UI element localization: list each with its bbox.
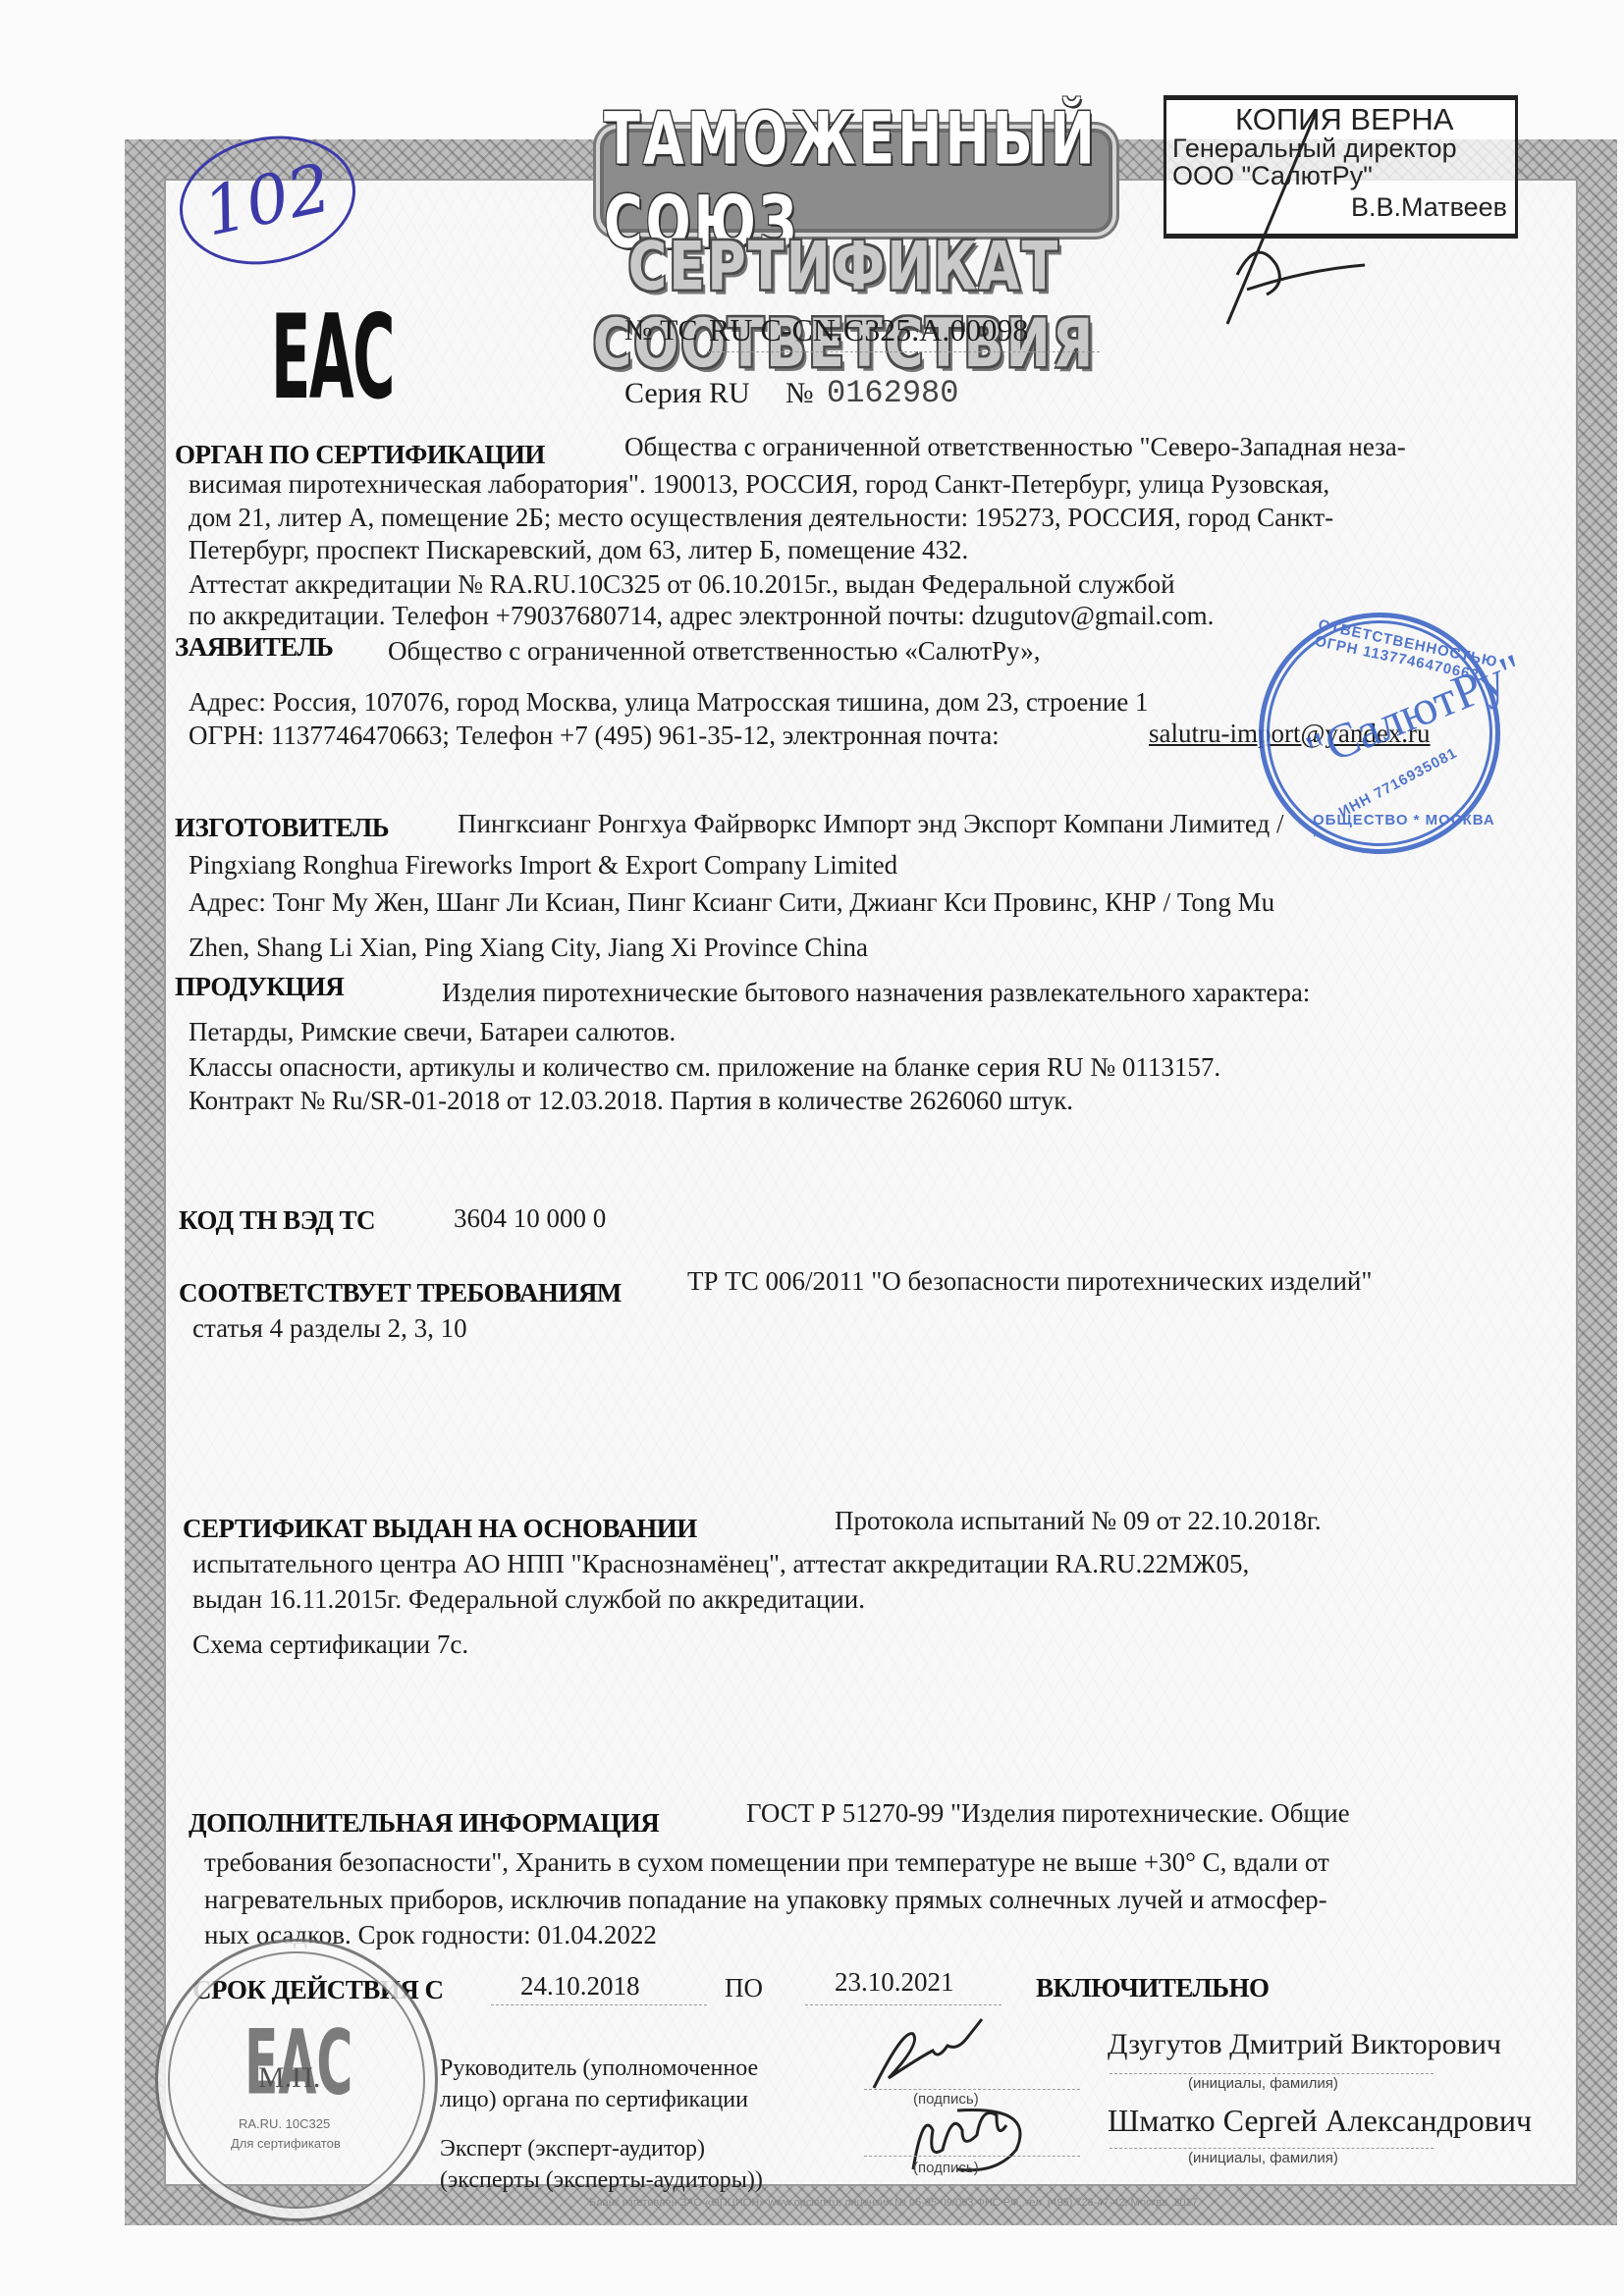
tc-label: № ТС	[624, 314, 697, 347]
organ-line: Петербург, проспект Пискаревский, дом 63…	[189, 535, 968, 565]
organ-line: дом 21, литер А, помещение 2Б; место осу…	[189, 503, 1333, 533]
tnved-value: 3604 10 000 0	[454, 1203, 606, 1234]
blank-no-label: №	[785, 377, 814, 410]
organ-line: Аттестат аккредитации № RA.RU.10С325 от …	[189, 569, 1175, 600]
head-signature-icon	[864, 2014, 1060, 2093]
conforms-label: СООТВЕТСТВУЕТ ТРЕБОВАНИЯМ	[179, 1278, 622, 1308]
organ-line: висимая пиротехническая лаборатория". 19…	[189, 469, 1329, 500]
copy-stamp-signature-icon	[1208, 108, 1365, 334]
series-label: Серия	[624, 377, 702, 410]
series-value: RU	[709, 377, 750, 410]
applicant-line: Адрес: Россия, 107076, город Москва, ули…	[189, 687, 1148, 718]
organ-line: по аккредитации. Телефон +79037680714, а…	[189, 601, 1214, 631]
blank-printer-microtext: Бланк изготовлен ЗАО «ОПЦИОН» www.opcion…	[589, 2197, 1198, 2209]
expert-signature-caption: (подпись)	[913, 2160, 979, 2176]
head-role-label: Руководитель (уполномоченное	[440, 2056, 758, 2082]
stamp-mp: М.П.	[258, 2061, 320, 2095]
expert-name: Шматко Сергей Александрович	[1108, 2103, 1532, 2139]
expert-role-label: (эксперты (эксперты-аудиторы))	[440, 2167, 763, 2194]
applicant-line: Общество с ограниченной ответственностью…	[388, 636, 1040, 667]
validity-to-date: 23.10.2021	[835, 1967, 954, 1998]
product-line: Контракт № Ru/SR-01-2018 от 12.03.2018. …	[189, 1086, 1073, 1116]
applicant-line: ОГРН: 1137746470663; Телефон +7 (495) 96…	[189, 721, 1000, 751]
expert-role-label: Эксперт (эксперт-аудитор)	[440, 2136, 705, 2163]
validity-inclusive-label: ВКЛЮЧИТЕЛЬНО	[1036, 1973, 1270, 2003]
product-line: Классы опасности, артикулы и количество …	[189, 1052, 1220, 1083]
organ-label: ОРГАН ПО СЕРТИФИКАЦИИ	[175, 440, 545, 470]
product-label: ПРОДУКЦИЯ	[175, 972, 344, 1002]
expert-name-caption: (инициалы, фамилия)	[1188, 2150, 1338, 2166]
product-line: Изделия пиротехнические бытового назначе…	[442, 978, 1310, 1008]
conforms-line: статья 4 разделы 2, 3, 10	[192, 1313, 467, 1344]
additional-line: требования безопасности", Хранить в сухо…	[204, 1847, 1329, 1878]
manufacturer-label: ИЗГОТОВИТЕЛЬ	[175, 813, 389, 843]
basis-label: СЕРТИФИКАТ ВЫДАН НА ОСНОВАНИИ	[183, 1514, 697, 1544]
tc-underline	[707, 351, 1100, 352]
stamp-sub: Для сертификатов	[231, 2136, 341, 2151]
validity-to-underline	[805, 2004, 1001, 2005]
page-number-text: 102	[197, 149, 338, 251]
basis-line: выдан 16.11.2015г. Федеральной службой п…	[192, 1584, 865, 1615]
additional-line: ГОСТ Р 51270-99 "Изделия пиротехнические…	[746, 1798, 1350, 1829]
additional-line: нагревательных приборов, исключив попада…	[204, 1885, 1327, 1915]
organ-round-stamp: ЕАС М.П. RA.RU. 10С325 Для сертификатов	[155, 1939, 438, 2221]
basis-line: Схема сертификации 7с.	[192, 1629, 468, 1660]
expert-name-line	[1110, 2148, 1434, 2149]
manufacturer-line: Адрес: Тонг Му Жен, Шанг Ли Ксиан, Пинг …	[189, 887, 1274, 918]
stamp-ring-bottom: ОБЩЕСТВО * МОСКВА *	[1313, 812, 1495, 845]
expert-signature-line	[864, 2156, 1080, 2157]
blank-no-value: 0162980	[827, 375, 958, 411]
applicant-round-stamp: ОТВЕТСТВЕННОСТЬЮ ОГРН 1137746470663 "Сал…	[1259, 613, 1500, 854]
basis-line: Протокола испытаний № 09 от 22.10.2018г.	[835, 1506, 1322, 1536]
manufacturer-line: Пингксианг Ронгхуа Файрворкс Импорт энд …	[458, 809, 1284, 839]
product-line: Петарды, Римские свечи, Батареи салютов.	[189, 1017, 676, 1047]
manufacturer-line: Pingxiang Ronghua Fireworks Import & Exp…	[189, 850, 897, 881]
head-role-label: лицо) органа по сертификации	[440, 2087, 748, 2113]
head-name: Дзугутов Дмитрий Викторович	[1108, 2028, 1501, 2061]
additional-label: ДОПОЛНИТЕЛЬНАЯ ИНФОРМАЦИЯ	[189, 1808, 659, 1839]
validity-to-label: ПО	[725, 1973, 763, 2003]
organ-line: Общества с ограниченной ответственностью…	[624, 432, 1406, 462]
head-name-line	[1110, 2073, 1434, 2074]
validity-from-underline	[491, 2004, 707, 2005]
eac-logo: ЕАС	[271, 291, 394, 426]
basis-line: испытательного центра АО НПП "Краснознам…	[192, 1549, 1249, 1579]
tnved-label: КОД ТН ВЭД ТС	[179, 1205, 375, 1236]
tc-number: RU C-CN.С325.А.00098	[709, 312, 1028, 348]
validity-from-date: 24.10.2018	[520, 1971, 640, 2002]
head-name-caption: (инициалы, фамилия)	[1188, 2075, 1338, 2092]
stamp-reg: RA.RU. 10С325	[239, 2116, 330, 2131]
applicant-label: ЗАЯВИТЕЛЬ	[175, 632, 333, 663]
document-title: СЕРТИФИКАТ СООТВЕТСТВИЯ	[498, 228, 1190, 309]
customs-union-banner: ТАМОЖЕННЫЙ СОЮЗ	[600, 129, 1112, 233]
head-signature-line	[864, 2089, 1080, 2090]
copy-stamp-name: В.В.Матвеев	[1351, 192, 1507, 223]
manufacturer-line: Zhen, Shang Li Xian, Ping Xiang City, Ji…	[189, 933, 868, 963]
conforms-line: ТР ТС 006/2011 "О безопасности пиротехни…	[687, 1266, 1372, 1297]
